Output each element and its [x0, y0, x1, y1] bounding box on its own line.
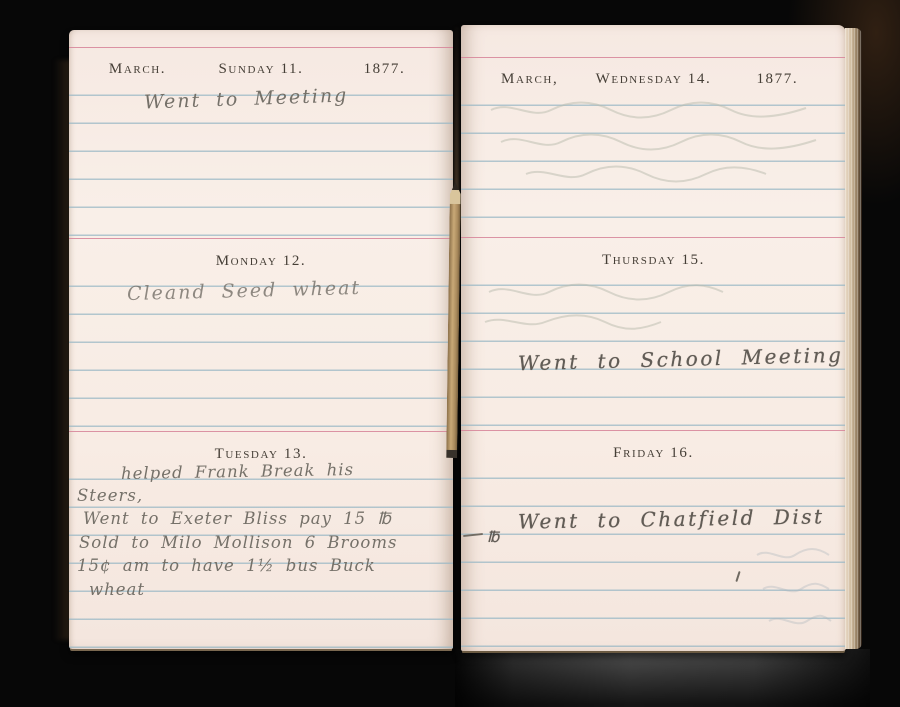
diary-entry-line: helped Frank Break his	[121, 460, 354, 483]
day-label: Sunday 11.	[190, 61, 332, 78]
right-page: March, Wednesday 14. 1877. Thursday 15. …	[461, 25, 846, 651]
left-page: March. Sunday 11. 1877. Went to Meeting …	[69, 30, 453, 649]
diary-entry-line: wheat	[89, 580, 145, 599]
printed-date-header: March, Wednesday 14. 1877.	[461, 58, 846, 88]
day-label: Friday 16.	[613, 445, 694, 461]
diary-entry-line: Went to Exeter Bliss pay 15 ℔	[83, 509, 392, 528]
diary-entry-line: 15¢ am to have 1½ bus Buck	[77, 556, 376, 575]
printed-date-header: Thursday 15.	[461, 238, 846, 269]
printed-date-header: Tuesday 13.	[69, 432, 453, 463]
section-monday-12: Monday 12. Cleand Seed wheat	[69, 238, 453, 431]
bleed-through-marks	[481, 280, 731, 338]
year-label: 1877.	[332, 61, 437, 78]
printed-date-header: Friday 16.	[461, 431, 846, 462]
section-wednesday-14: March, Wednesday 14. 1877.	[461, 57, 846, 237]
bleed-through-marks	[486, 96, 831, 196]
month-label: March.	[85, 61, 190, 78]
day-label: Tuesday 13.	[215, 446, 308, 462]
printed-date-header: Monday 12.	[69, 239, 453, 270]
bleed-through-marks	[749, 543, 834, 638]
day-label: Wednesday 14.	[582, 71, 724, 88]
section-thursday-15: Thursday 15. Went to School Meeting	[461, 237, 846, 430]
month-label: March,	[477, 71, 582, 88]
bottom-shadow	[455, 649, 870, 707]
diary-entry-line: Sold to Milo Mollison 6 Brooms	[79, 533, 397, 552]
diary-entry-line: Steers,	[77, 486, 143, 505]
spillover-mark: ℔	[487, 528, 502, 546]
section-tuesday-13: Tuesday 13. helped Frank Break his Steer…	[69, 431, 453, 649]
diary-photo-scene: March. Sunday 11. 1877. Went to Meeting …	[0, 0, 900, 707]
section-sunday-11: March. Sunday 11. 1877. Went to Meeting	[69, 47, 453, 238]
gutter-crease	[454, 27, 459, 192]
day-label: Thursday 15.	[602, 252, 705, 268]
printed-date-header: March. Sunday 11. 1877.	[69, 48, 453, 78]
year-label: 1877.	[725, 71, 830, 88]
section-friday-16: Friday 16. Went to Chatfield Dist ℔	[461, 430, 846, 651]
day-label: Monday 12.	[216, 253, 307, 269]
closed-page-edges	[845, 28, 862, 649]
